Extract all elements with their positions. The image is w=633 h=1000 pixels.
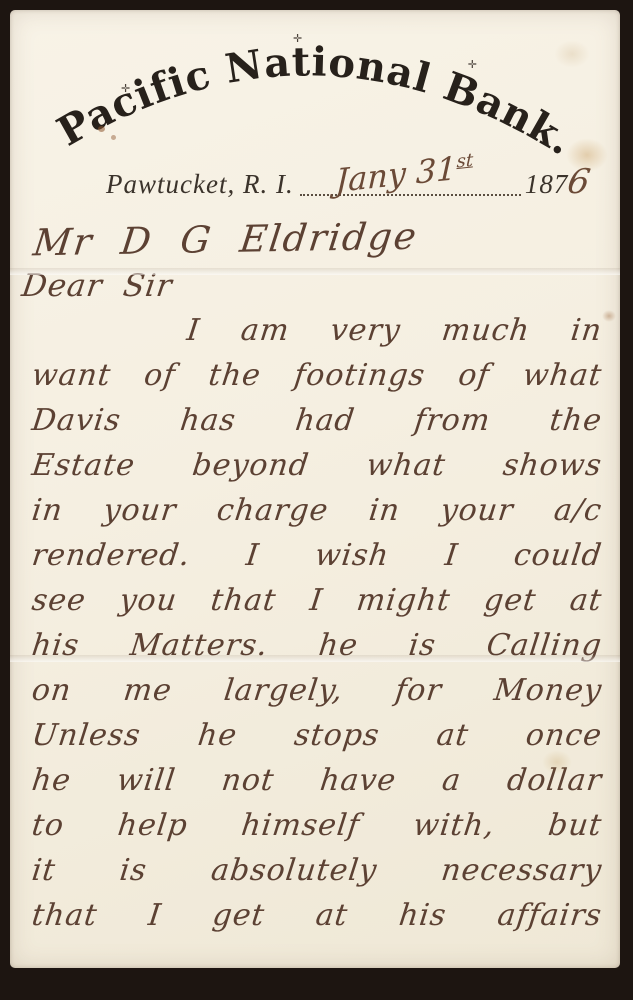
body-line: to help himself with, but [29,803,605,848]
body-line: on me largely, for Money [29,668,605,713]
letter-paper: Pacific National Bank. ✛ ✛ ✛ Pawtucket, … [10,10,620,968]
place-printed: Pawtucket, R. I. [106,169,294,200]
body-line: Davis has had from the [29,398,605,443]
dotted-date-rule: Jany 31st [300,188,521,196]
body-line: Unless he stops at once [29,713,605,758]
body-line: I am very much in [29,308,605,353]
body-line: rendered. I wish I could [29,533,605,578]
dateline: Pawtucket, R. I. Jany 31st 187 6 [106,162,590,202]
body-line: his Matters. he is Calling [29,623,605,668]
day-suffix: st [456,150,473,173]
cross-ornament-icon: ✛ [468,58,477,71]
body-line: want of the footings of what [29,353,605,398]
body-line: that I get at his affairs [29,893,605,938]
body-line: see you that I might get at [29,578,605,623]
letter-body: I am very much in want of the footings o… [32,308,602,938]
letterhead: Pacific National Bank. ✛ ✛ ✛ [35,24,595,174]
body-line: in your charge in your a/c [29,488,605,533]
cross-ornament-icon: ✛ [121,82,130,95]
printed-year-prefix: 187 [525,169,569,200]
body-line: he will not have a dollar [29,758,605,803]
body-line: Estate beyond what shows [29,443,605,488]
bank-name: Pacific National Bank. [49,38,582,165]
scanned-letter: Pacific National Bank. ✛ ✛ ✛ Pawtucket, … [0,0,633,1000]
cross-ornament-icon: ✛ [293,32,302,45]
salutation-line: Dear Sir [19,268,174,304]
handwritten-year-digit: 6 [565,162,594,202]
svg-text:Pacific National Bank.: Pacific National Bank. [49,38,582,165]
body-line: it is absolutely necessary [29,848,605,893]
recipient-line: Mr D G Eldridge [31,215,421,265]
letterhead-arc-svg: Pacific National Bank. [35,24,595,174]
